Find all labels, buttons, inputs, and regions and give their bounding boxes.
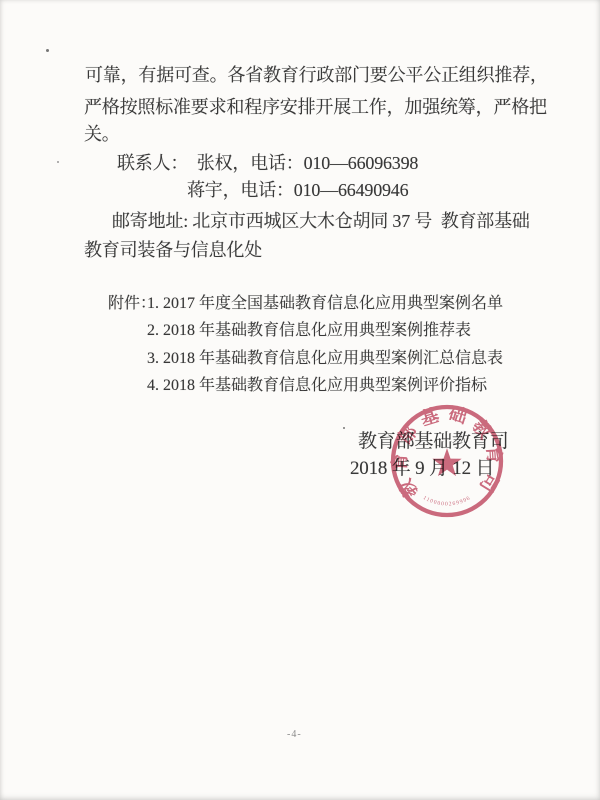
attachment-item: 4. 2018 年基础教育信息化应用典型案例评价指标	[147, 376, 487, 396]
seal-serial-text: 1100000269996	[422, 495, 472, 507]
star-icon	[432, 448, 461, 476]
attachment-item: 1. 2017 年度全国基础教育信息化应用典型案例名单	[147, 294, 503, 314]
official-seal: 教育部基础教育司 1100000269996	[379, 401, 515, 521]
scan-speck	[46, 49, 49, 52]
paragraph-line: 严格按照标准要求和程序安排开展工作，加强统筹，严格把	[84, 96, 547, 118]
scan-speck	[343, 427, 345, 429]
paragraph-line: 可靠，有据可查。各省教育行政部门要公平公正组织推荐，	[85, 64, 548, 86]
mailing-address-line: 教育司装备与信息化处	[84, 239, 262, 261]
attachment-item: 3. 2018 年基础教育信息化应用典型案例汇总信息表	[147, 349, 503, 369]
attachment-item: 2. 2018 年基础教育信息化应用典型案例推荐表	[147, 321, 471, 341]
paragraph-line: 关。	[84, 123, 120, 145]
scanned-document-page: 可靠，有据可查。各省教育行政部门要公平公正组织推荐， 严格按照标准要求和程序安排…	[0, 0, 600, 800]
contact-person-line: 联系人： 张权，电话：010—66096398	[117, 152, 418, 174]
mailing-address-line: 邮寄地址: 北京市西城区大木仓胡同 37 号 教育部基础	[112, 210, 530, 232]
scan-speck	[57, 161, 59, 163]
page-number: -4-	[287, 729, 302, 740]
contact-person-line: 蒋宇，电话：010—66490946	[187, 179, 408, 201]
